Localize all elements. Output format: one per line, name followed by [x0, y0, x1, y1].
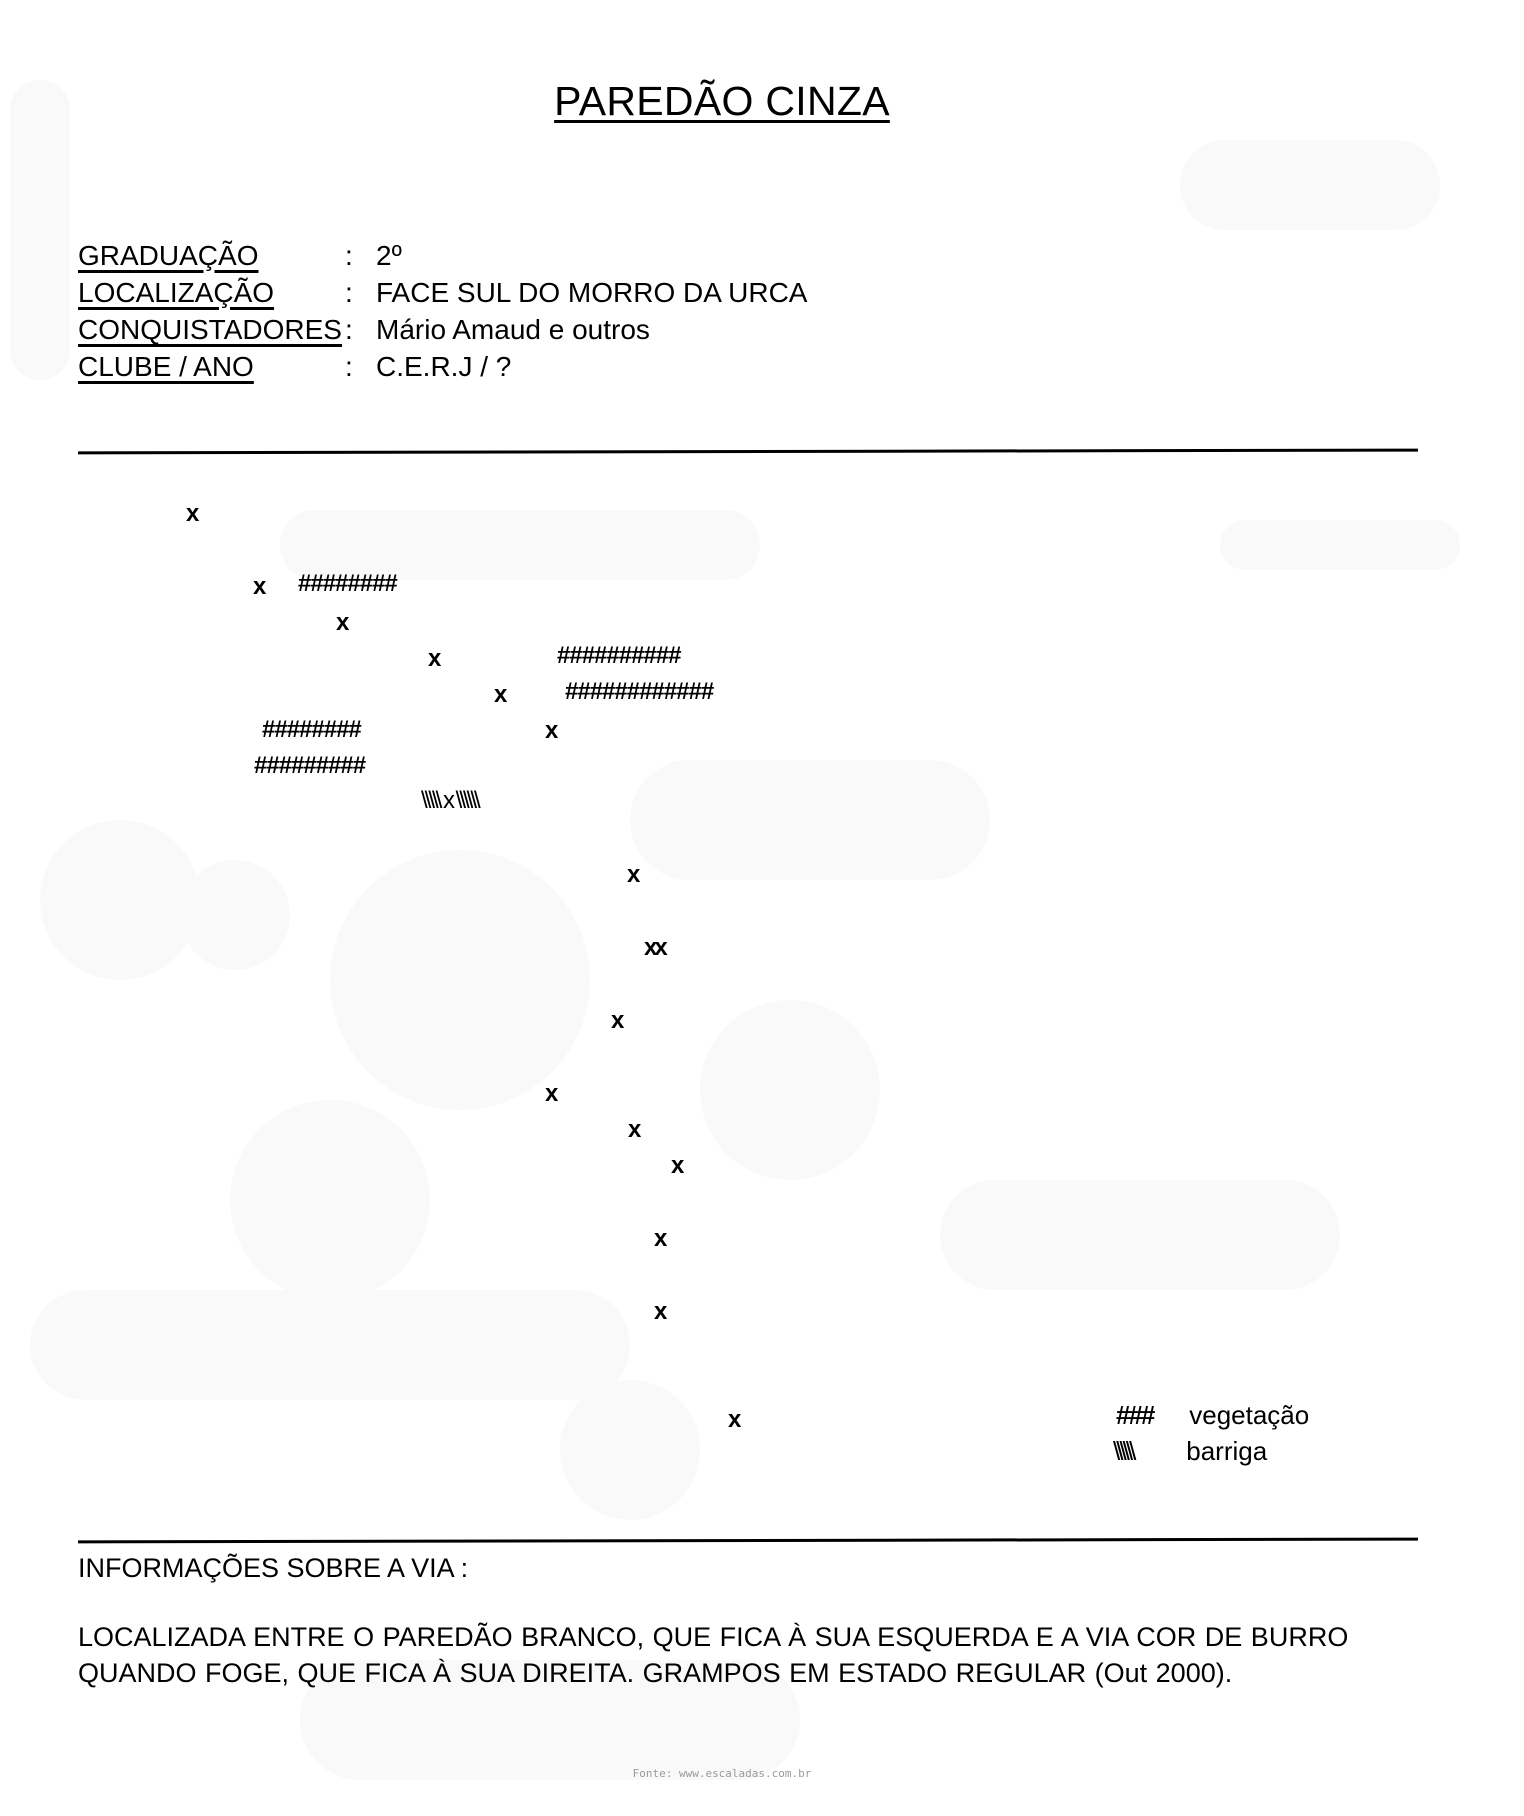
divider-bottom [78, 1538, 1418, 1544]
bolt-marker: x [611, 1009, 624, 1033]
background-artifact [30, 1290, 630, 1400]
bolt-marker: x [428, 647, 441, 671]
field-colon: : [345, 238, 353, 274]
background-artifact [560, 1380, 700, 1520]
background-artifact [700, 1000, 880, 1180]
vegetation-marker: ######## [298, 572, 397, 596]
legend-label: barriga [1186, 1436, 1267, 1466]
field-label: LOCALIZAÇÃO [78, 275, 274, 311]
bolt-marker: x [627, 863, 640, 887]
bolt-marker: x [728, 1408, 741, 1432]
background-artifact [630, 760, 990, 880]
background-artifact [40, 820, 200, 980]
bolt-marker: xx [644, 936, 665, 960]
bolt-marker: x [654, 1300, 667, 1324]
bolt-marker: x [494, 683, 507, 707]
field-label: CLUBE / ANO [78, 349, 254, 385]
bolt-marker: x [253, 575, 266, 599]
vegetation-marker: ######### [254, 754, 365, 778]
vegetation-symbol: ### [1116, 1400, 1182, 1431]
background-artifact [1180, 140, 1440, 230]
bolt-marker: x [628, 1118, 641, 1142]
bolt-marker: x [186, 502, 199, 526]
bolt-marker: x [336, 611, 349, 635]
field-value: FACE SUL DO MORRO DA URCA [376, 275, 807, 311]
background-artifact [330, 850, 590, 1110]
background-artifact [230, 1100, 430, 1300]
legend-item-vegetation: ### vegetação [1116, 1400, 1309, 1431]
info-body: LOCALIZADA ENTRE O PAREDÃO BRANCO, QUE F… [78, 1619, 1438, 1691]
bolt-marker: x [545, 1082, 558, 1106]
field-label: CONQUISTADORES [78, 312, 342, 348]
background-artifact [940, 1180, 1340, 1290]
field-value: 2º [376, 238, 402, 274]
overhang-marker: \\\\\ x \\\\\\ [421, 789, 478, 813]
background-artifact [1220, 520, 1460, 570]
bolt-marker: x [654, 1227, 667, 1251]
field-label: GRADUAÇÃO [78, 238, 258, 274]
divider-top [78, 449, 1418, 455]
bolt-marker: x [545, 719, 558, 743]
background-artifact [10, 80, 70, 380]
bolt-marker: x [671, 1154, 684, 1178]
field-colon: : [345, 275, 353, 311]
source-credit: Fonte: www.escaladas.com.br [0, 1767, 1444, 1780]
field-value: Mário Amaud e outros [376, 312, 650, 348]
vegetation-marker: ########## [557, 644, 680, 668]
page-title: PAREDÃO CINZA [0, 78, 1444, 125]
legend-label: vegetação [1189, 1400, 1309, 1430]
background-artifact [180, 860, 290, 970]
field-value: C.E.R.J / ? [376, 349, 511, 385]
vegetation-marker: ######## [262, 718, 361, 742]
vegetation-marker: ############ [565, 680, 713, 704]
overhang-symbol: \\\\\\ [1113, 1436, 1179, 1467]
legend-item-overhang: \\\\\\ barriga [1113, 1436, 1267, 1467]
info-heading: INFORMAÇÕES SOBRE A VIA : [78, 1553, 468, 1584]
field-colon: : [345, 349, 353, 385]
field-colon: : [345, 312, 353, 348]
